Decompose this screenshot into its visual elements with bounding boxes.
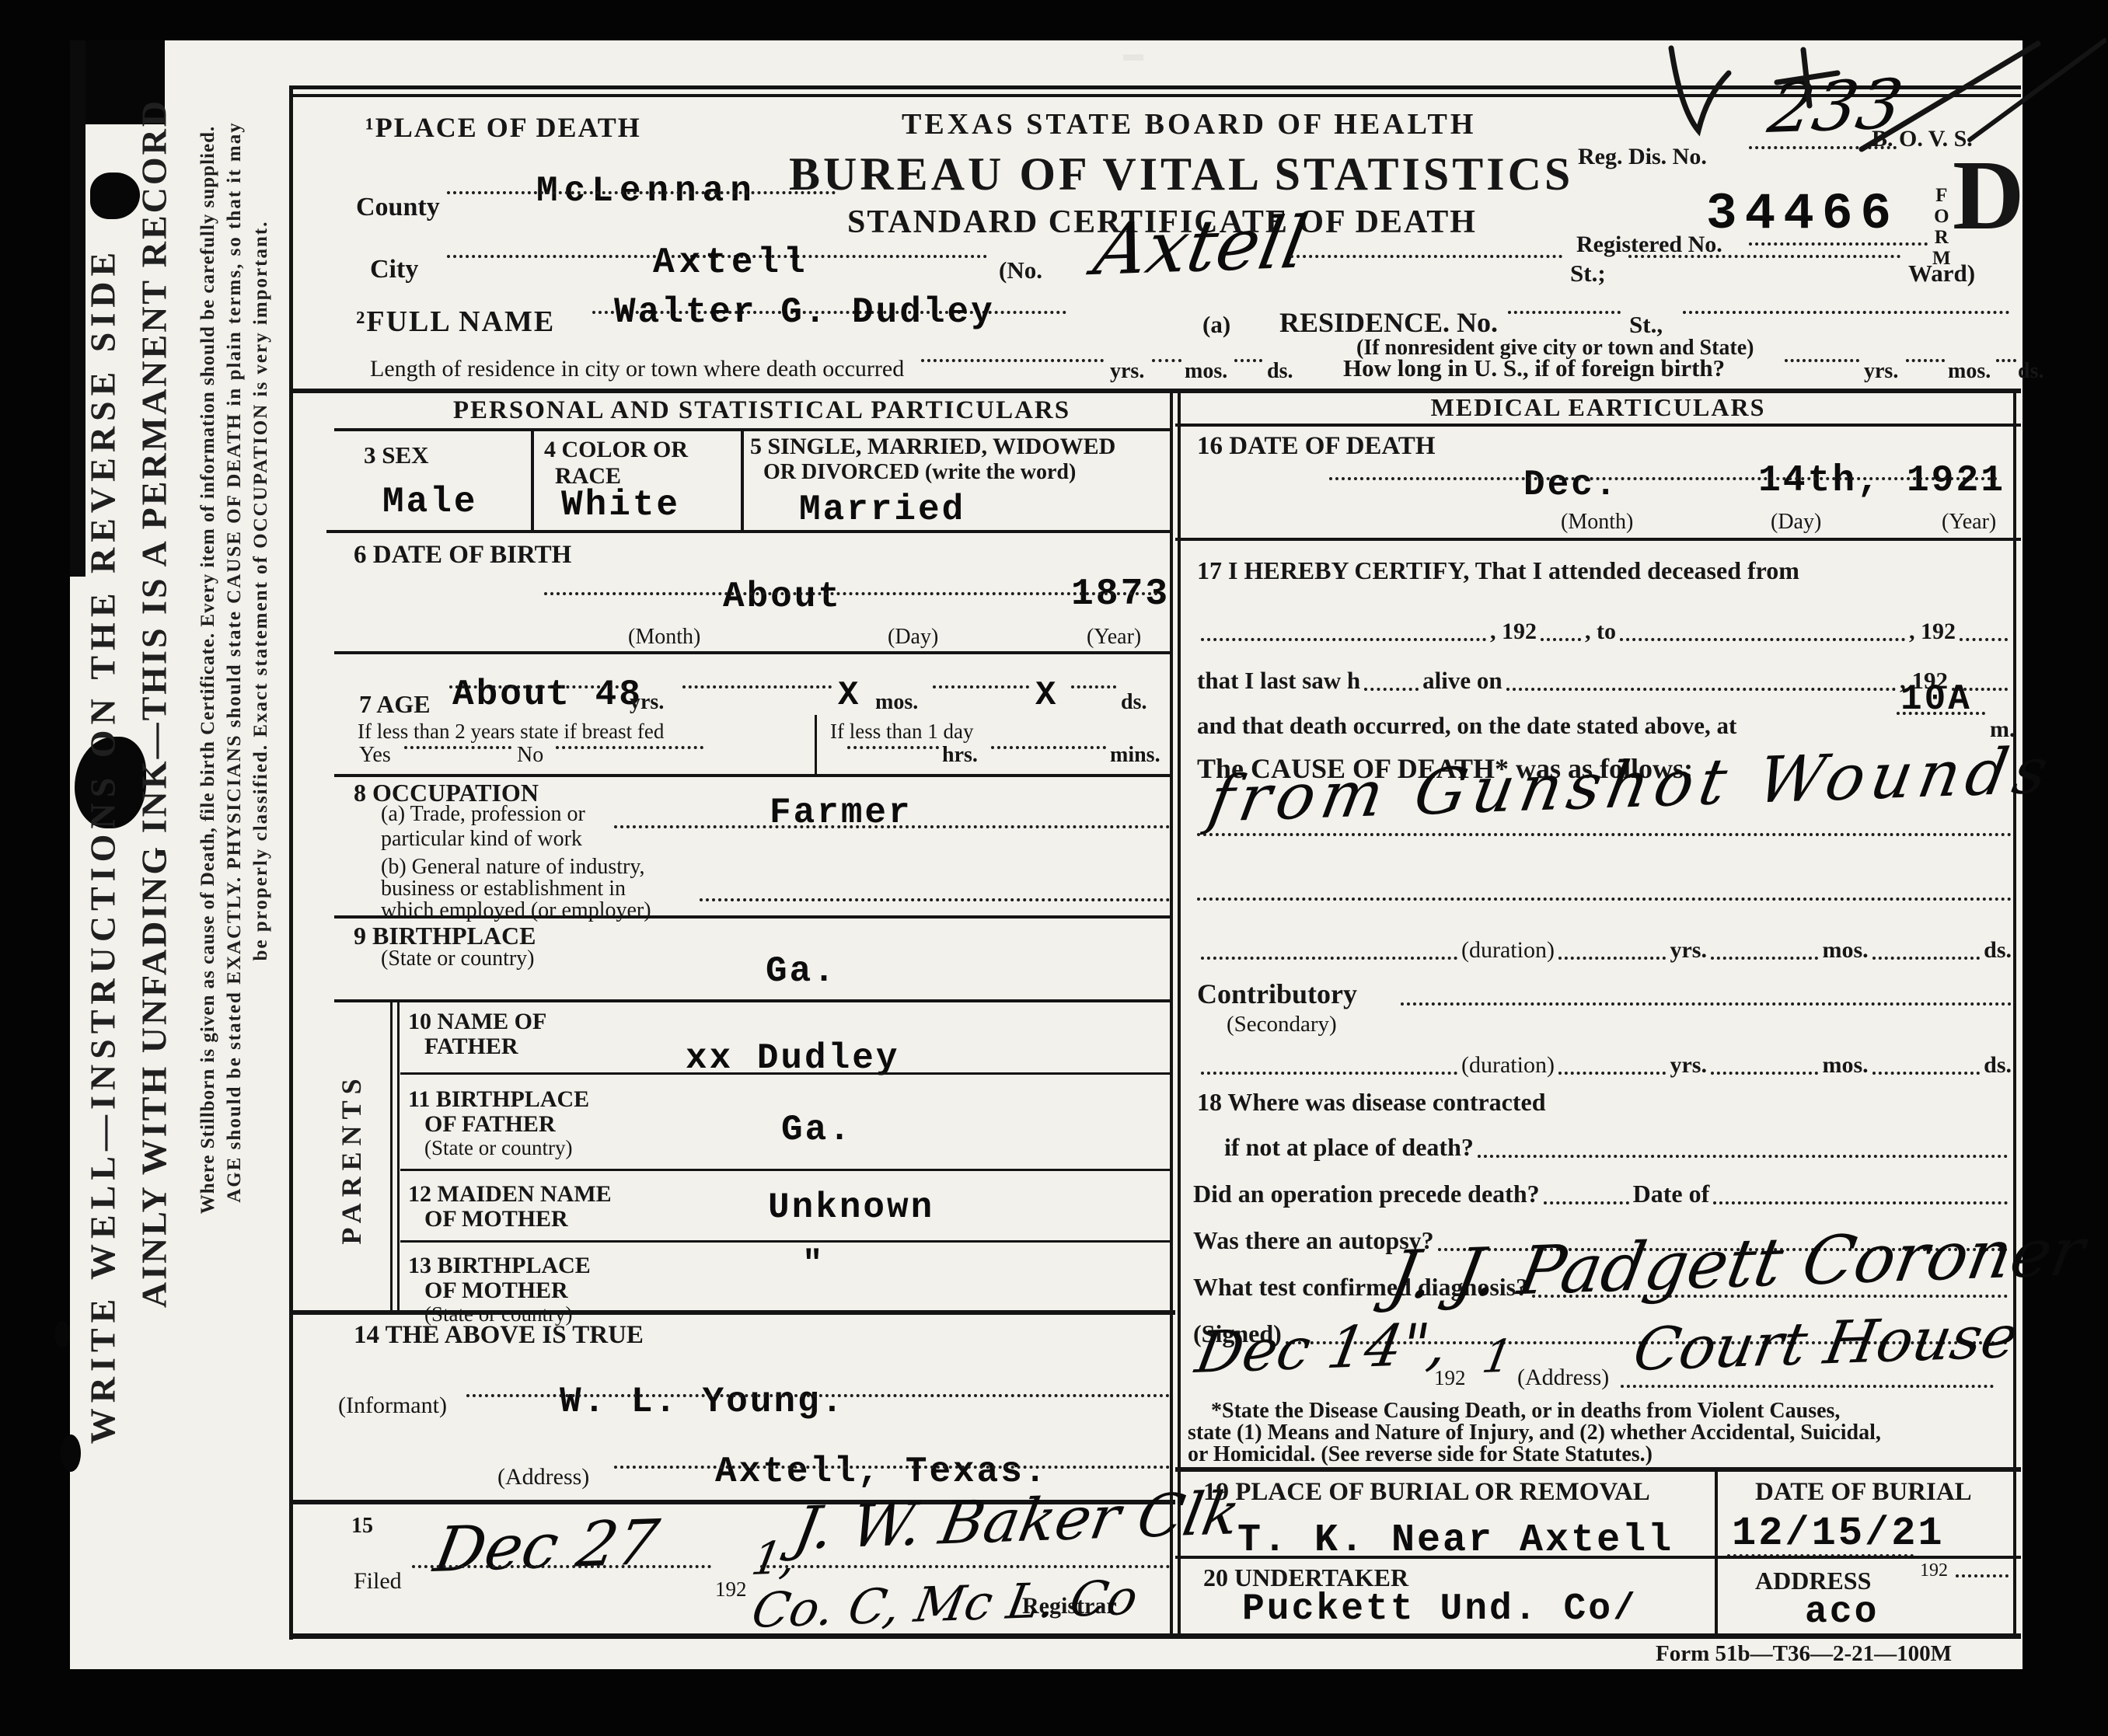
age-value: About 48: [452, 675, 643, 715]
length-yrs-label: yrs.: [1110, 359, 1144, 384]
yes-dotted: [404, 746, 511, 749]
filed-dotted-1: [412, 1565, 711, 1568]
dotted-line: [1872, 957, 1981, 960]
dob-month-caption: (Month): [628, 625, 700, 650]
dob-year-caption: (Year): [1087, 625, 1141, 650]
length-ds-dotted: [1234, 359, 1262, 362]
death-time-dotted: [1897, 712, 1985, 715]
informant-address-label: (Address): [497, 1464, 589, 1490]
length-residence-label: Length of residence in city or town wher…: [370, 356, 904, 382]
border-left: [289, 85, 293, 1640]
signed-address-dotted: [1621, 1385, 1994, 1388]
filed-192-label: 192: [715, 1577, 747, 1602]
no-dotted: [556, 746, 703, 749]
hrs-label: hrs.: [942, 743, 978, 768]
margin-note-line3: be properly classified. Exact statement …: [250, 221, 272, 961]
registered-no-value: 34466: [1706, 185, 1899, 243]
disease-contracted-label: 18 Where was disease contracted: [1197, 1088, 1546, 1117]
dotted-line: [1713, 1201, 2008, 1204]
ink-speck: [54, 1321, 70, 1347]
duration-row-1: (duration) yrs. mos. ds.: [1197, 937, 2012, 964]
residence-no-dotted-line: [1508, 311, 1621, 314]
occupation-b-label3: which employed (or employer): [381, 898, 651, 923]
dob-day-caption: (Day): [888, 625, 938, 650]
date-of-death-label: 16 DATE OF DEATH: [1197, 432, 1436, 461]
street-dotted-line: [1628, 255, 1900, 258]
parents-vertical-label: PARENTS: [335, 1072, 368, 1244]
pen-scrawl-marks: [1625, 33, 2106, 188]
dod-year-caption: (Year): [1942, 510, 1996, 535]
dod-day-caption: (Day): [1771, 510, 1821, 535]
form-vertical-label: F O R M: [1932, 185, 1951, 269]
signed-address-handwritten: Court House: [1628, 1302, 2023, 1384]
father-name-rule: [400, 1072, 1170, 1075]
burial-date-value: 12/15/21: [1732, 1511, 1945, 1556]
dotted-line: [1541, 638, 1581, 641]
parents-bottom-rule: [289, 1310, 1175, 1315]
board-title: TEXAS STATE BOARD OF HEALTH: [902, 107, 1476, 141]
margin-note-line2: AGE should be stated EXACTLY. PHYSICIANS…: [224, 121, 246, 1202]
mins-label: mins.: [1110, 743, 1160, 768]
certify-192-a: , 192: [1490, 619, 1537, 645]
burial-192-dotted: [1956, 1574, 2009, 1577]
mother-birthplace-label-1: 13 BIRTHPLACE: [408, 1253, 591, 1279]
burial-column-divider: [1715, 1472, 1718, 1637]
dotted-line: [1201, 638, 1486, 641]
dotted-line: [1558, 1072, 1667, 1075]
dotted-line: [1544, 1201, 1629, 1204]
age-ds-value: X: [1035, 676, 1058, 715]
date-of-death-dayyear-value: 14th, 1921: [1758, 460, 2005, 502]
border-bottom: [289, 1633, 2021, 1639]
form-number-footer: Form 51b—T36—2-21—100M: [1656, 1641, 1952, 1667]
age-cell-divider: [815, 715, 817, 776]
occupation-a-dotted: [614, 825, 1170, 828]
yes-label: Yes: [359, 743, 391, 768]
cause-dotted-2: [1197, 898, 2012, 901]
how-long-us-label: How long in U. S., if of foreign birth?: [1343, 354, 1725, 382]
contributory-dotted: [1401, 1002, 2012, 1006]
length-mos-dotted: [1152, 359, 1181, 362]
dotted-line: [1711, 957, 1819, 960]
dotted-line: [1960, 638, 2008, 641]
burial-label: 19 PLACE OF BURIAL OR REMOVAL: [1203, 1478, 1650, 1507]
mother-name-value: Unknown: [768, 1187, 934, 1228]
age-ds-label: ds.: [1121, 690, 1146, 715]
date-of-death-dotted: [1329, 477, 1998, 480]
residence-a-label: (a): [1202, 311, 1230, 339]
residence-label: RESIDENCE. No.: [1279, 306, 1498, 339]
color-race-value: White: [561, 485, 680, 525]
father-birthplace-rule: [400, 1169, 1170, 1171]
length-ds-label: ds.: [1267, 359, 1293, 384]
marital-value: Married: [799, 490, 965, 530]
dotted-line: [1620, 638, 1905, 641]
cells-bottom-rule: [326, 530, 1170, 533]
above-true-label: 14 THE ABOVE IS TRUE: [354, 1321, 644, 1350]
mins-dotted: [991, 746, 1106, 749]
marital-label-2: OR DIVORCED (write the word): [763, 460, 1076, 485]
informant-address-dotted: [614, 1466, 1170, 1469]
death-occurred-label: and that death occurred, on the date sta…: [1197, 712, 1736, 740]
duration-ds-2: ds.: [1984, 1052, 2012, 1079]
parents-rule-1: [390, 1002, 393, 1312]
occupation-bottom-rule: [334, 915, 1170, 919]
border-right: [2013, 390, 2016, 1637]
certify-dates-row: , 192 , to , 192: [1197, 619, 2012, 645]
city-no-value-handwritten: Axtell: [1088, 201, 1313, 291]
dotted-line: [1201, 957, 1457, 960]
father-name-label-2: FATHER: [424, 1034, 518, 1060]
personal-title-rule: [334, 428, 1170, 431]
birthplace-note: (State or country): [381, 946, 535, 971]
breastfed-note: If less than 2 years state if breast fed: [358, 720, 664, 744]
duration-ds-1: ds.: [1984, 937, 2012, 964]
certify-to-label: , to: [1585, 619, 1616, 645]
ward-label: Ward): [1908, 260, 1975, 288]
age-mos-dotted: [682, 685, 832, 688]
informant-label: (Informant): [338, 1393, 447, 1419]
operation-row: Did an operation precede death? Date of: [1193, 1180, 2012, 1208]
informant-value: W. L. Young.: [560, 1382, 845, 1422]
father-birthplace-label-2: OF FATHER: [424, 1111, 556, 1138]
personal-section-title: PERSONAL AND STATISTICAL PARTICULARS: [373, 396, 1150, 425]
mother-birthplace-value: ": [802, 1245, 825, 1284]
howlong-ds-dotted: [1996, 359, 2016, 362]
medical-section-title: MEDICAL EARTICULARS: [1175, 393, 2021, 422]
cell-divider-1: [531, 430, 534, 532]
age-mos-value: X: [838, 676, 860, 715]
informant-address-value: Axtell, Texas.: [715, 1452, 1048, 1492]
filed-label: Filed: [354, 1568, 402, 1595]
dob-month-value: About: [723, 577, 842, 617]
date-of-death-month-value: Dec.: [1523, 465, 1618, 505]
sex-value: Male: [382, 482, 477, 522]
birthplace-bottom-rule: [334, 999, 1170, 1002]
scanned-death-certificate: WRITE WELL—INSTRUCTIONS ON THE REVERSE S…: [0, 0, 2108, 1736]
full-name-label: ²FULL NAME: [356, 305, 555, 339]
bureau-title: BUREAU OF VITAL STATISTICS: [789, 148, 1573, 201]
parents-rule-2: [397, 1002, 400, 1312]
dotted-line: [1558, 957, 1667, 960]
howlong-mos-label: mos.: [1948, 359, 1991, 384]
occupation-a-label2: particular kind of work: [381, 827, 582, 852]
city-label: City: [370, 255, 418, 284]
duration-mos-2: mos.: [1822, 1052, 1868, 1079]
secondary-label: (Secondary): [1227, 1012, 1337, 1037]
undertaker-value: Puckett Und. Co/: [1242, 1588, 1638, 1630]
burial-bottom-rule: [1175, 1556, 2021, 1559]
footnote-line3: or Homicidal. (See reverse side for Stat…: [1188, 1442, 1653, 1467]
dotted-line: [1872, 1072, 1981, 1075]
mother-name-rule: [400, 1240, 1170, 1243]
street-label: St.;: [1570, 260, 1606, 288]
city-no-dotted-line: [1290, 255, 1562, 258]
dob-dotted-line: [544, 592, 1158, 595]
last-saw-row: that I last saw h alive on , 192: [1197, 667, 2012, 695]
city-no-label: (No.: [999, 256, 1042, 284]
duration-mos-1: mos.: [1822, 937, 1868, 964]
age-bottom-rule: [334, 774, 1170, 777]
sex-label: 3 SEX: [364, 441, 429, 469]
county-label: County: [356, 193, 440, 222]
age-yrs-label: yrs.: [630, 690, 664, 715]
filed-number: 15: [351, 1514, 373, 1539]
dod-bottom-rule: [1175, 538, 2021, 541]
not-at-place-label: if not at place of death?: [1224, 1133, 1474, 1162]
medical-title-rule: [1175, 424, 2021, 427]
length-yrs-dotted: [921, 359, 1104, 362]
age-ds-dotted2: [1071, 685, 1116, 688]
lessday-note: If less than 1 day: [830, 720, 973, 744]
cause-dotted-1: [1197, 833, 2012, 836]
county-dotted-line: [447, 191, 836, 194]
occupation-a-label1: (a) Trade, profession or: [381, 802, 585, 827]
city-value: Axtell: [653, 242, 810, 283]
dob-bottom-rule: [334, 651, 1170, 654]
footnote-bottom-rule: [1175, 1467, 2021, 1472]
howlong-yrs-dotted: [1785, 359, 1859, 362]
father-name-label-1: 10 NAME OF: [408, 1009, 546, 1035]
margin-instruction-line1: WRITE WELL—INSTRUCTIONS ON THE REVERSE S…: [82, 247, 124, 1444]
filed-dotted-2: [760, 1565, 1170, 1568]
father-birthplace-label-1: 11 BIRTHPLACE: [408, 1086, 589, 1113]
alive-on-label: alive on: [1422, 667, 1502, 695]
margin-note-line1: Where Stillborn is given as cause of Dea…: [197, 126, 219, 1214]
duration-label-1: (duration): [1461, 937, 1555, 964]
last-saw-label: that I last saw h: [1197, 667, 1360, 695]
howlong-yrs-label: yrs.: [1864, 359, 1898, 384]
age-yrs-dotted: [449, 685, 625, 688]
burial-192-label: 192: [1920, 1560, 1948, 1581]
howlong-mos-dotted: [1906, 359, 1945, 362]
duration-yrs-2: yrs.: [1670, 1052, 1707, 1079]
duration-yrs-1: yrs.: [1670, 937, 1707, 964]
contributory-label: Contributory: [1197, 978, 1357, 1010]
not-at-place-row: if not at place of death?: [1224, 1133, 2012, 1162]
certify-192-b: , 192: [1909, 619, 1956, 645]
signed-192-label: 192: [1434, 1366, 1466, 1390]
ink-speck: [61, 1434, 81, 1472]
mother-name-label-1: 12 MAIDEN NAME: [408, 1181, 612, 1208]
age-mos-label: mos.: [875, 690, 918, 715]
mother-name-label-2: OF MOTHER: [424, 1206, 568, 1232]
margin-instruction-line2: AINLY WITH UNFADING INK—THIS IS A PERMAN…: [134, 99, 175, 1308]
burial-date-label: DATE OF BURIAL: [1755, 1478, 1972, 1507]
dotted-line: [1711, 1072, 1819, 1075]
signed-address-label: (Address): [1517, 1365, 1609, 1391]
column-divider-line2: [1178, 390, 1181, 1635]
father-birthplace-note: (State or country): [424, 1136, 572, 1160]
registered-no-label: Registered No.: [1576, 232, 1722, 258]
column-divider-line1: [1170, 390, 1173, 1635]
no-label: No: [517, 743, 543, 768]
scan-dash-artifact: [1123, 54, 1143, 61]
age-label: 7 AGE: [359, 690, 431, 719]
occupation-b-dotted: [700, 898, 1170, 901]
dotted-line: [1201, 1072, 1457, 1075]
full-name-value: Walter G. Dudley: [614, 292, 995, 333]
certify-label: 17 I HEREBY CERTIFY, That I attended dec…: [1197, 556, 1799, 585]
duration-label-2: (duration): [1461, 1052, 1555, 1079]
filed-date-handwritten: Dec 27: [429, 1506, 664, 1586]
registered-no-dotted-line: [1749, 242, 1928, 246]
residence-st-dotted-line: [1683, 311, 2009, 314]
signed-date-handwritten: Dec 14",: [1191, 1311, 1453, 1386]
birthplace-value: Ga.: [766, 951, 837, 992]
informant-dotted: [466, 1394, 1170, 1397]
age-ds-dotted: [933, 685, 1029, 688]
date-of-label: Date of: [1633, 1180, 1710, 1208]
mother-birthplace-label-2: OF MOTHER: [424, 1278, 568, 1304]
dotted-line: [1478, 1155, 2008, 1158]
residence-st-label: St.,: [1629, 311, 1663, 339]
hrs-dotted: [847, 746, 939, 749]
cell-divider-2: [741, 430, 744, 532]
length-mos-label: mos.: [1185, 359, 1227, 384]
dob-label: 6 DATE OF BIRTH: [354, 541, 571, 570]
howlong-ds-label: ds.: [2018, 359, 2043, 384]
dotted-line: [1506, 688, 1896, 691]
dotted-line: [1364, 688, 1419, 691]
father-birthplace-value: Ga.: [781, 1110, 853, 1150]
marital-label-1: 5 SINGLE, MARRIED, WIDOWED: [750, 434, 1115, 460]
operation-label: Did an operation precede death?: [1193, 1180, 1540, 1208]
color-race-label-1: 4 COLOR OR: [544, 437, 688, 463]
undertaker-address-value: aco: [1805, 1591, 1879, 1633]
place-of-death-label: ¹PLACE OF DEATH: [365, 111, 641, 144]
duration-row-2: (duration) yrs. mos. ds.: [1197, 1052, 2012, 1079]
dod-month-caption: (Month): [1561, 510, 1633, 535]
